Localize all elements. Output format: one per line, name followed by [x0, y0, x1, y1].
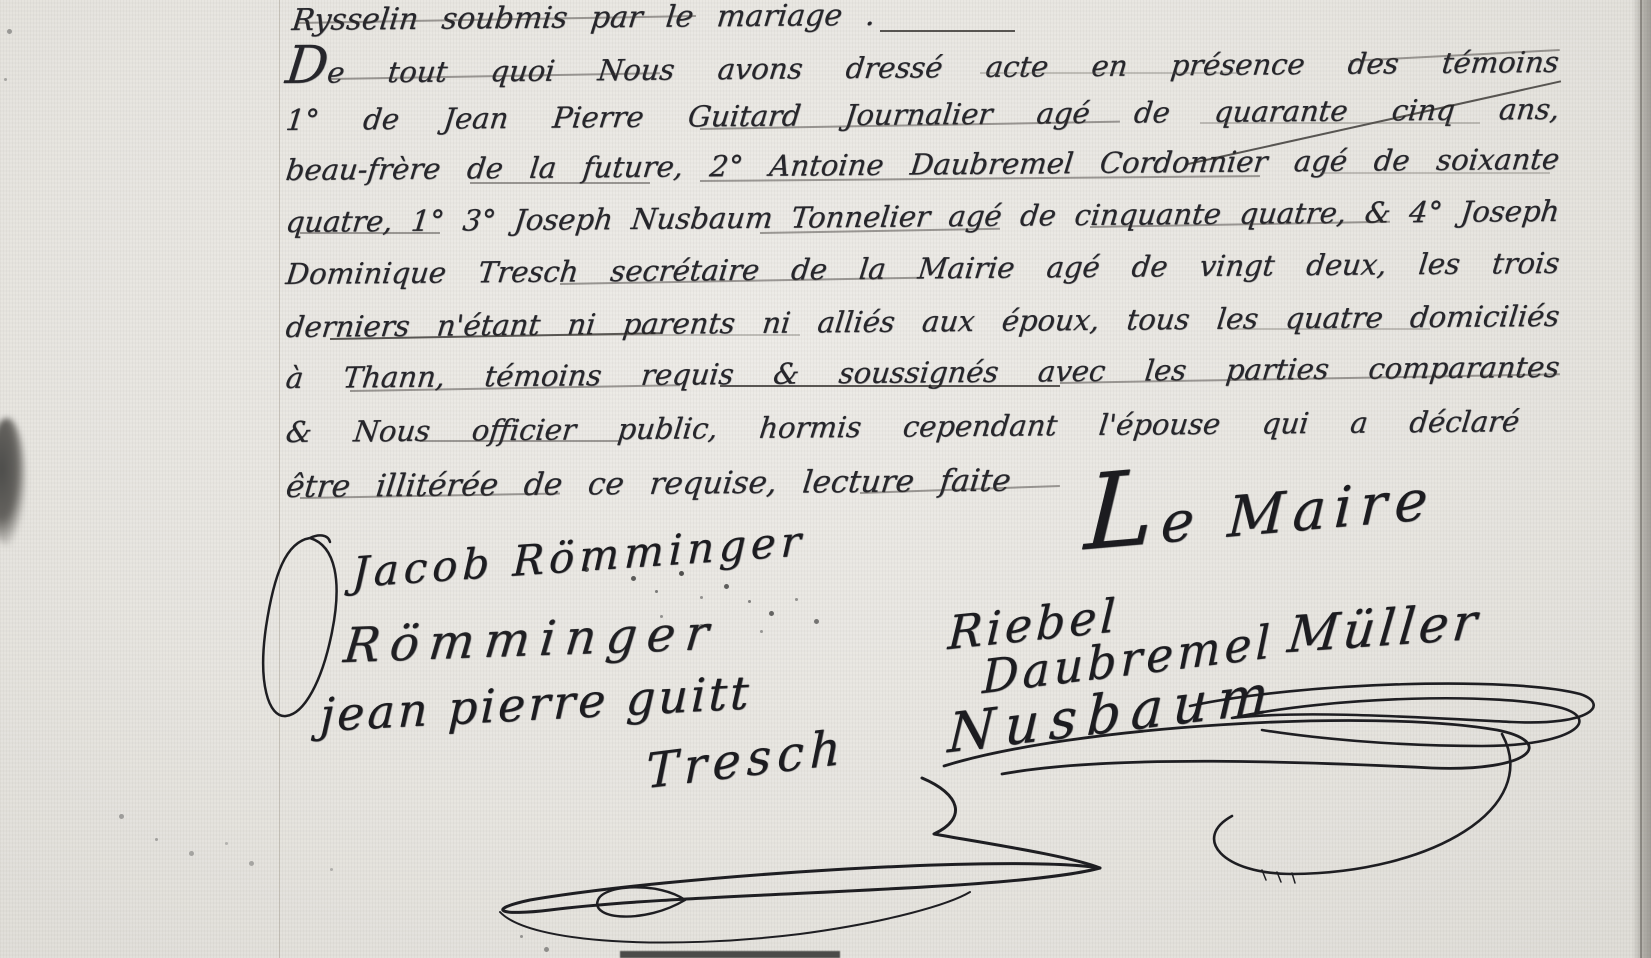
stroke-line [1230, 328, 1430, 330]
text-line-10: être illitérée de ce requise, lecture fa… [284, 464, 1013, 506]
signature-jacob-romminger: Jacob Römminger [351, 516, 806, 597]
stroke-line [300, 232, 440, 234]
text-line-7: derniers n'étant ni parents ni alliés au… [284, 300, 1561, 344]
nusbaum-flourish [932, 688, 1572, 888]
filler-dash [720, 385, 1060, 387]
stroke-line [980, 72, 1240, 74]
filler-dash [880, 30, 1015, 32]
text-line-4: beau-frère de la future, 2° Antoine Daub… [284, 143, 1561, 187]
stroke-line [1320, 172, 1550, 174]
text-line-3: 1° de Jean Pierre Guitard Journalier agé… [284, 93, 1561, 137]
page-right-crease [1640, 0, 1642, 958]
stroke-line [560, 334, 800, 336]
ink-blot-left-edge [0, 418, 26, 546]
text-line-5: quatre, 1° 3° Joseph Nusbaum Tonnelier a… [284, 195, 1561, 239]
text-line-6: Dominique Tresch secrétaire de la Mairie… [284, 247, 1561, 291]
stroke-line [470, 182, 650, 184]
signature-le-maire: Le Maire [1083, 447, 1438, 563]
stroke-line [1200, 122, 1480, 124]
text-line-1: Rysselin soubmis par le mariage . [290, 0, 877, 38]
text-line-2: De tout quoi Nous avons dressé acte en p… [283, 35, 1561, 90]
manuscript-scan: Rysselin soubmis par le mariage . De tou… [0, 0, 1651, 958]
stroke-line [420, 440, 620, 442]
text-line-9: & Nous officier public, hormis cependant… [284, 405, 1521, 449]
scan-bottom-shadow [620, 951, 840, 958]
signature-romminger: Römminger [341, 605, 721, 674]
signature-jean-pierre-guitt: jean pierre guitt [319, 665, 752, 742]
ink-speckles [0, 0, 3, 3]
margin-rule-line [279, 0, 280, 958]
